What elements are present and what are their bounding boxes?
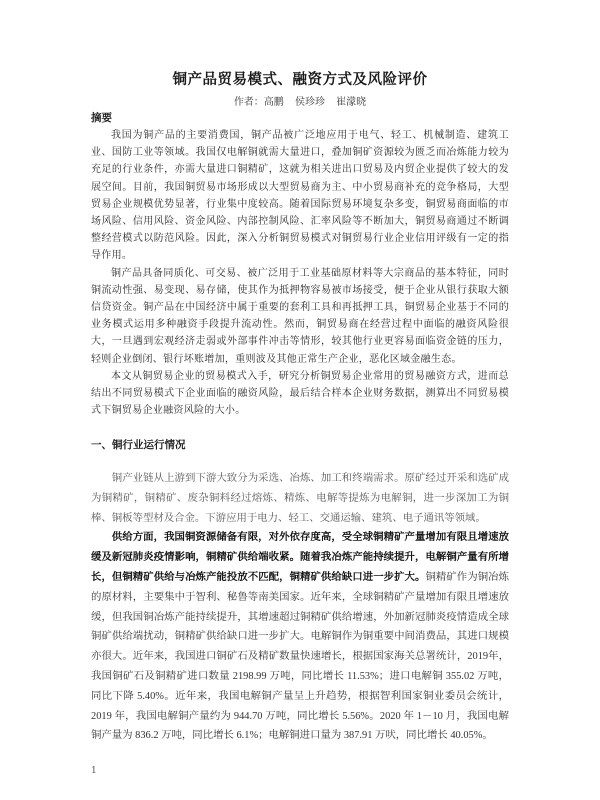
- abstract-paragraph: 本文从铜贸易企业的贸易模式入手，研究分析铜贸易企业常用的贸易融资方式，进而总结出…: [91, 368, 509, 420]
- body-paragraph-text: 铜精矿作为铜冶炼的原材料，主要集中于智利、秘鲁等南美国家。近年来，全球铜精矿产量…: [91, 572, 509, 741]
- section-body: 铜产业链从上游到下游大致分为采选、冶炼、加工和终端需求。原矿经过开采和选矿成为铜…: [91, 469, 509, 746]
- abstract-paragraph: 我国为铜产品的主要消费国，铜产品被广泛地应用于电气、轻工、机械制造、建筑工业、国…: [91, 127, 509, 265]
- page-number: 1: [91, 766, 97, 776]
- abstract-heading: 摘要: [91, 110, 112, 125]
- document-page: 铜产品贸易模式、融资方式及风险评价 作者：高鹏 侯珍珍 崔濛晓 摘要 我国为铜产…: [0, 0, 600, 800]
- author-line: 作者：高鹏 侯珍珍 崔濛晓: [0, 93, 600, 108]
- body-paragraph: 供给方面，我国铜资源储备有限，对外依存度高，受全球铜精矿产量增加有限且增速放缓及…: [91, 528, 509, 746]
- abstract-body: 我国为铜产品的主要消费国，铜产品被广泛地应用于电气、轻工、机械制造、建筑工业、国…: [91, 127, 509, 419]
- document-title: 铜产品贸易模式、融资方式及风险评价: [0, 68, 600, 89]
- section-heading: 一、铜行业运行情况: [91, 437, 186, 452]
- abstract-paragraph: 铜产品具备同质化、可交易、被广泛用于工业基础原材料等大宗商品的基本特征，同时铜流…: [91, 265, 509, 368]
- body-paragraph: 铜产业链从上游到下游大致分为采选、冶炼、加工和终端需求。原矿经过开采和选矿成为铜…: [91, 469, 509, 528]
